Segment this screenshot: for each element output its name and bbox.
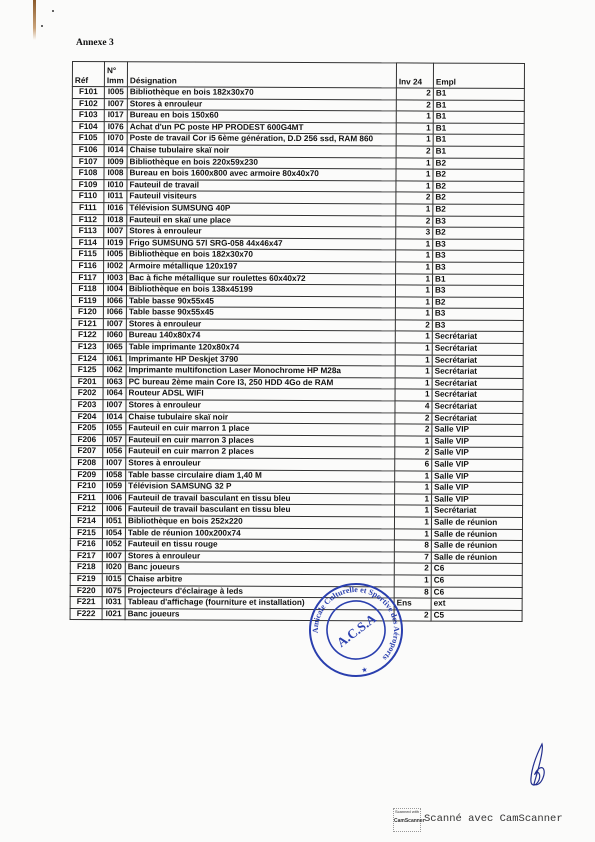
cell-imm: I007 [103,319,126,331]
cell-designation: Fauteuil en tissu rouge [125,539,394,552]
cell-ref: F212 [71,504,103,516]
cell-inv: 1 [396,169,433,181]
cell-ref: F222 [70,608,102,620]
cell-imm: I076 [104,121,127,133]
cell-ref: F205 [71,423,103,435]
cell-empl: Salle VIP [432,471,523,483]
cell-inv: 2 [395,320,432,332]
cell-inv: 2 [394,563,431,575]
cell-designation: Imprimante HP Deskjet 3790 [126,353,395,366]
cell-empl: C6 [431,587,522,599]
cell-imm: I015 [102,574,125,586]
cell-imm: I066 [103,307,126,319]
cell-imm: I065 [103,342,126,354]
cell-imm: I019 [104,237,127,249]
cell-ref: F106 [72,144,104,156]
camscanner-watermark: Scanné avec CamScanner [424,813,563,825]
inventory-table: Réf N°Imm Désignation Inv 24 Empl F101I0… [70,61,525,622]
cell-ref: F217 [70,550,102,562]
cell-empl: Salle VIP [432,494,523,506]
cell-ref: F206 [71,434,103,446]
cell-inv: 2 [396,146,433,158]
cell-ref: F102 [72,98,104,110]
cell-imm: I057 [103,434,126,446]
cell-empl: B2 [433,227,524,239]
cell-imm: I051 [102,516,125,528]
table-row: F222I021Banc joueurs2C5 [70,608,522,622]
cell-inv: 1 [395,471,432,483]
cell-imm: I003 [104,272,127,284]
cell-designation: PC bureau 2ème main Core I3, 250 HDD 4Go… [126,377,395,390]
cell-imm: I056 [103,446,126,458]
cell-imm: I007 [102,550,125,562]
header-empl: Empl [433,63,524,88]
cell-ref: F125 [71,365,103,377]
cell-imm: I062 [103,365,126,377]
cell-inv: 1 [396,134,433,146]
cell-imm: I006 [103,492,126,504]
cell-imm: I018 [104,214,127,226]
cell-empl: B3 [433,250,524,262]
cell-empl: B1 [433,123,524,135]
stamp-center-text: A.C.S.A [334,610,380,650]
cell-inv: 1 [395,331,432,343]
header-designation: Désignation [127,62,396,88]
cell-inv: 6 [395,459,432,471]
cell-empl: B3 [432,308,523,320]
cell-ref: F122 [71,330,103,342]
cell-ref: F123 [71,342,103,354]
cell-empl: Salle VIP [432,459,523,471]
cell-ref: F119 [71,295,103,307]
cell-imm: I031 [102,597,125,609]
cell-empl: B2 [433,204,524,216]
scan-speck [41,25,43,27]
cell-designation: Chaise tubulaire skaï noir [126,411,395,424]
cell-designation: Stores à enrouleur [127,226,396,239]
cell-imm: I052 [102,539,125,551]
cell-inv: 3 [396,227,433,239]
cell-inv: 2 [396,100,433,112]
cell-imm: I059 [103,481,126,493]
header-inv: Inv 24 [396,63,433,88]
cell-imm: I017 [104,110,127,122]
cell-inv: 1 [396,239,433,251]
header-imm: N°Imm [104,62,127,87]
cell-inv: 1 [395,308,432,320]
cell-inv: 1 [396,204,433,216]
cell-imm: I070 [104,133,127,145]
cell-imm: I075 [102,585,125,597]
cell-ref: F118 [71,284,103,296]
association-stamp: Amicale Culturelle et Sportive des Aérop… [297,571,416,690]
cell-inv: 1 [395,389,432,401]
cell-empl: B2 [433,192,524,204]
cell-ref: F211 [71,492,103,504]
cell-ref: F120 [71,307,103,319]
cell-designation: Fauteuil en cuir marron 3 places [126,435,395,448]
table-header-row: Réf N°Imm Désignation Inv 24 Empl [72,62,524,89]
cell-empl: B1 [433,88,524,100]
cell-imm: I007 [103,400,126,412]
cell-designation: Fauteuil de travail basculant en tissu b… [126,504,395,517]
cell-ref: F219 [70,573,102,585]
table-body: F101I005Bibliothèque en bois 182x30x702B… [70,87,524,622]
cell-empl: C5 [431,610,522,622]
header-imm-line2: Imm [107,76,124,85]
cell-imm: I007 [103,458,126,470]
cell-ref: F207 [71,446,103,458]
cell-imm: I055 [103,423,126,435]
cell-inv: 7 [394,552,431,564]
cell-empl: B3 [432,320,523,332]
cell-empl: B1 [433,134,524,146]
cell-empl: B3 [433,239,524,251]
cell-ref: F117 [72,272,104,284]
header-imm-line1: N° [107,66,116,75]
cell-imm: I016 [104,203,127,215]
cell-designation: Fauteuil de travail [127,179,396,192]
cell-designation: Bibliothèque en bois 220x59x230 [127,156,396,169]
cell-empl: Secrétariat [432,332,523,344]
cell-empl: Salle de réunion [431,517,522,529]
cell-inv: 1 [395,355,432,367]
cell-designation: Stores à enrouleur [126,319,395,332]
cell-designation: Table basse circulaire diam 1,40 M [126,469,395,482]
cell-inv: 1 [395,366,432,378]
cell-ref: F116 [72,260,104,272]
cell-imm: I063 [103,376,126,388]
cell-ref: F204 [71,411,103,423]
cell-empl: B1 [433,146,524,158]
cell-empl: B2 [433,158,524,170]
cell-designation: Table imprimante 120x80x74 [126,342,395,355]
cell-inv: 1 [394,528,431,540]
cell-ref: F214 [70,515,102,527]
cell-imm: I009 [104,156,127,168]
cell-ref: F115 [72,249,104,261]
cell-empl: B3 [432,285,523,297]
cell-inv: 1 [395,343,432,355]
cell-designation: Stores à enrouleur [126,458,395,471]
header-ref: Réf [72,62,104,87]
cell-ref: F101 [72,87,104,99]
cell-ref: F209 [71,469,103,481]
cell-empl: Salle VIP [432,436,523,448]
cell-ref: F121 [71,318,103,330]
cell-designation: Bureau 140x80x74 [126,330,395,343]
cell-empl: B2 [432,297,523,309]
cell-imm: I058 [103,469,126,481]
cell-empl: ext [431,598,522,610]
cell-empl: Salle VIP [432,482,523,494]
cell-ref: F103 [72,110,104,122]
cell-imm: I054 [102,527,125,539]
cell-designation: Bac à fiche métallique sur roulettes 60x… [127,272,396,285]
cell-ref: F108 [72,168,104,180]
cell-ref: F220 [70,585,102,597]
cell-inv: 1 [395,482,432,494]
cell-ref: F113 [72,226,104,238]
cell-empl: Salle de réunion [431,540,522,552]
cell-ref: F215 [70,527,102,539]
cell-imm: I010 [104,179,127,191]
cell-imm: I014 [104,145,127,157]
cell-designation: Bibliothèque en bois 182x30x70 [127,87,396,100]
stamp-star-icon: ★ [361,666,369,675]
cell-designation: Bibliothèque en bois 252x220 [125,516,394,529]
cell-empl: B1 [433,111,524,123]
cell-empl: B3 [433,216,524,228]
camscanner-logo: Scanned with CamScanner [393,808,421,832]
cell-designation: Chaise tubulaire skaï noir [127,145,396,158]
cell-designation: Télévision SUMSUNG 40P [127,203,396,216]
cell-empl: Secrétariat [432,378,523,390]
cell-imm: I006 [103,504,126,516]
cell-inv: 8 [394,540,431,552]
cell-inv: 1 [394,517,431,529]
cell-empl: B2 [433,181,524,193]
cell-inv: 2 [395,413,432,425]
cell-ref: F111 [72,202,104,214]
cell-designation: Bibliothèque en bois 138x45199 [126,284,395,297]
cell-inv: 1 [396,111,433,123]
cell-designation: Frigo SUMSUNG 57l SRG-058 44x46x47 [127,237,396,250]
cell-ref: F114 [72,237,104,249]
cell-imm: I008 [104,168,127,180]
cell-designation: Table basse 90x55x45 [126,307,395,320]
page-edge-shadow [33,0,36,40]
cell-imm: I007 [104,98,127,110]
cell-empl: Secrétariat [432,343,523,355]
cell-empl: Secrétariat [432,401,523,413]
cell-empl: C6 [431,563,522,575]
cell-designation: Achat d'un PC poste HP PRODEST 600G4MT [127,122,396,135]
cell-ref: F104 [72,121,104,133]
cell-ref: F201 [71,376,103,388]
cell-imm: I021 [102,608,125,620]
cell-designation: Banc joueurs [125,562,394,575]
cell-designation: Fauteuil en cuir marron 1 place [126,423,395,436]
cell-inv: 1 [396,273,433,285]
cell-inv: 1 [396,262,433,274]
document-title: Annexe 3 [76,38,114,48]
cell-ref: F124 [71,353,103,365]
cell-empl: Secrétariat [432,390,523,402]
cell-imm: I060 [103,330,126,342]
cell-ref: F221 [70,597,102,609]
cell-inv: 1 [396,157,433,169]
cell-empl: B2 [433,169,524,181]
cell-designation: Routeur ADSL WIFI [126,388,395,401]
cell-designation: Poste de travail Cor i5 6ème génération,… [127,133,396,146]
cell-inv: 1 [395,436,432,448]
cell-ref: F112 [72,214,104,226]
cell-imm: I066 [103,295,126,307]
cell-designation: Fauteuil en skaï une place [127,214,396,227]
cell-imm: I011 [104,191,127,203]
camscanner-logo-line1: Scanned with [395,809,419,814]
cell-ref: F208 [71,457,103,469]
cell-inv: 2 [395,424,432,436]
cell-inv: 1 [395,505,432,517]
cell-inv: 2 [396,192,433,204]
cell-empl: Secrétariat [432,505,523,517]
cell-ref: F107 [72,156,104,168]
cell-empl: Salle de réunion [431,529,522,541]
cell-empl: B1 [433,100,524,112]
cell-ref: F109 [72,179,104,191]
cell-designation: Fauteuil de travail basculant en tissu b… [126,493,395,506]
cell-imm: I002 [104,261,127,273]
cell-inv: 1 [396,181,433,193]
cell-inv: 1 [395,285,432,297]
cell-ref: F216 [70,539,102,551]
cell-ref: F218 [70,562,102,574]
cell-inv: 1 [395,297,432,309]
cell-designation: Télévision SAMSUNG 32 P [126,481,395,494]
cell-ref: F105 [72,133,104,145]
cell-empl: Secrétariat [432,355,523,367]
cell-ref: F210 [71,481,103,493]
cell-designation: Table de réunion 100x200x74 [125,527,394,540]
cell-imm: I014 [103,411,126,423]
cell-imm: I061 [103,353,126,365]
cell-designation: Bureau en bois 150x60 [127,110,396,123]
cell-inv: 1 [396,123,433,135]
cell-ref: F203 [71,400,103,412]
cell-empl: Secrétariat [432,366,523,378]
cell-ref: F202 [71,388,103,400]
cell-designation: Stores à enrouleur [125,550,394,563]
cell-empl: C6 [431,575,522,587]
cell-designation: Fauteuil en cuir marron 2 places [126,446,395,459]
cell-inv: 1 [395,494,432,506]
cell-imm: I064 [103,388,126,400]
camscanner-logo-line2: CamScanner [394,818,420,824]
cell-inv: 1 [394,575,431,587]
cell-designation: Stores à enrouleur [127,98,396,111]
cell-imm: I020 [102,562,125,574]
cell-imm: I005 [104,87,127,99]
cell-designation: Imprimante multifonction Laser Monochrom… [126,365,395,378]
cell-ref: F110 [72,191,104,203]
cell-empl: B1 [433,274,524,286]
cell-inv: 2 [395,447,432,459]
cell-empl: Secrétariat [432,413,523,425]
cell-designation: Table basse 90x55x45 [126,295,395,308]
cell-empl: Salle VIP [432,424,523,436]
cell-empl: B3 [433,262,524,274]
scan-speck [52,10,54,12]
cell-inv: 4 [395,401,432,413]
cell-inv: 1 [395,378,432,390]
cell-designation: Armoire métallique 120x197 [127,261,396,274]
cell-designation: Stores à enrouleur [126,400,395,413]
cell-imm: I007 [104,226,127,238]
cell-designation: Fauteuil visiteurs [127,191,396,204]
cell-imm: I004 [103,284,126,296]
cell-inv: 2 [396,215,433,227]
cell-empl: Salle VIP [432,447,523,459]
cell-inv: 2 [396,88,433,100]
cell-designation: Bibliothèque en bois 182x30x70 [127,249,396,262]
cell-inv: 1 [396,250,433,262]
cell-designation: Bureau en bois 1600x800 avec armoire 80x… [127,168,396,181]
cell-imm: I005 [104,249,127,261]
cell-empl: Salle de réunion [431,552,522,564]
handwritten-signature [526,740,552,790]
